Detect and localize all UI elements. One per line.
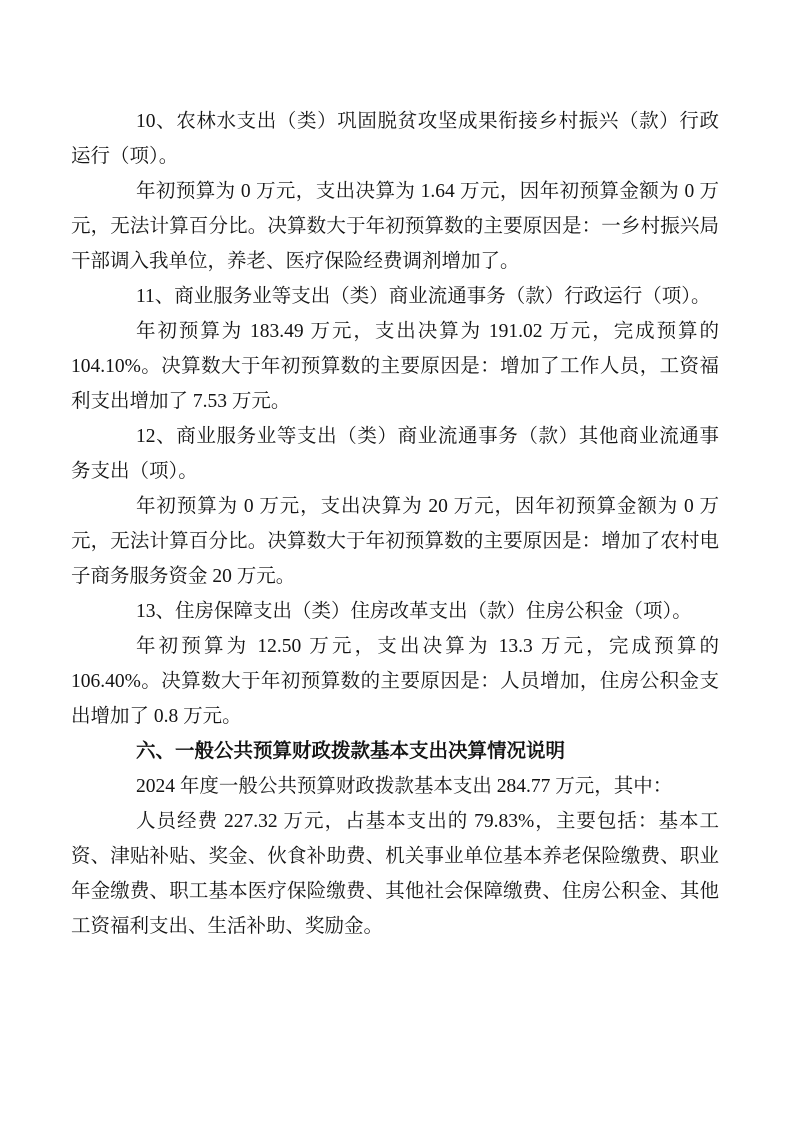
para-item-13-title: 13、住房保障支出（类）住房改革支出（款）住房公积金（项）。 — [71, 594, 719, 629]
section-6-heading: 六、一般公共预算财政拨款基本支出决算情况说明 — [71, 734, 719, 769]
para-personnel-expenditure-detail: 人员经费 227.32 万元，占基本支出的 79.83%，主要包括：基本工资、津… — [71, 804, 719, 944]
para-item-10-title: 10、农林水支出（类）巩固脱贫攻坚成果衔接乡村振兴（款）行政运行（项）。 — [71, 104, 719, 174]
para-item-10-detail: 年初预算为 0 万元，支出决算为 1.64 万元，因年初预算金额为 0 万元，无… — [71, 174, 719, 279]
para-basic-expenditure-total: 2024 年度一般公共预算财政拨款基本支出 284.77 万元，其中： — [71, 769, 719, 804]
para-item-12-title: 12、商业服务业等支出（类）商业流通事务（款）其他商业流通事务支出（项）。 — [71, 419, 719, 489]
document-page: 10、农林水支出（类）巩固脱贫攻坚成果衔接乡村振兴（款）行政运行（项）。 年初预… — [0, 0, 793, 1122]
para-item-11-title: 11、商业服务业等支出（类）商业流通事务（款）行政运行（项）。 — [71, 279, 719, 314]
para-item-12-detail: 年初预算为 0 万元，支出决算为 20 万元，因年初预算金额为 0 万元，无法计… — [71, 489, 719, 594]
para-item-13-detail: 年初预算为 12.50 万元，支出决算为 13.3 万元，完成预算的 106.4… — [71, 629, 719, 734]
document-content: 10、农林水支出（类）巩固脱贫攻坚成果衔接乡村振兴（款）行政运行（项）。 年初预… — [71, 104, 719, 944]
para-item-11-detail: 年初预算为 183.49 万元，支出决算为 191.02 万元，完成预算的 10… — [71, 314, 719, 419]
